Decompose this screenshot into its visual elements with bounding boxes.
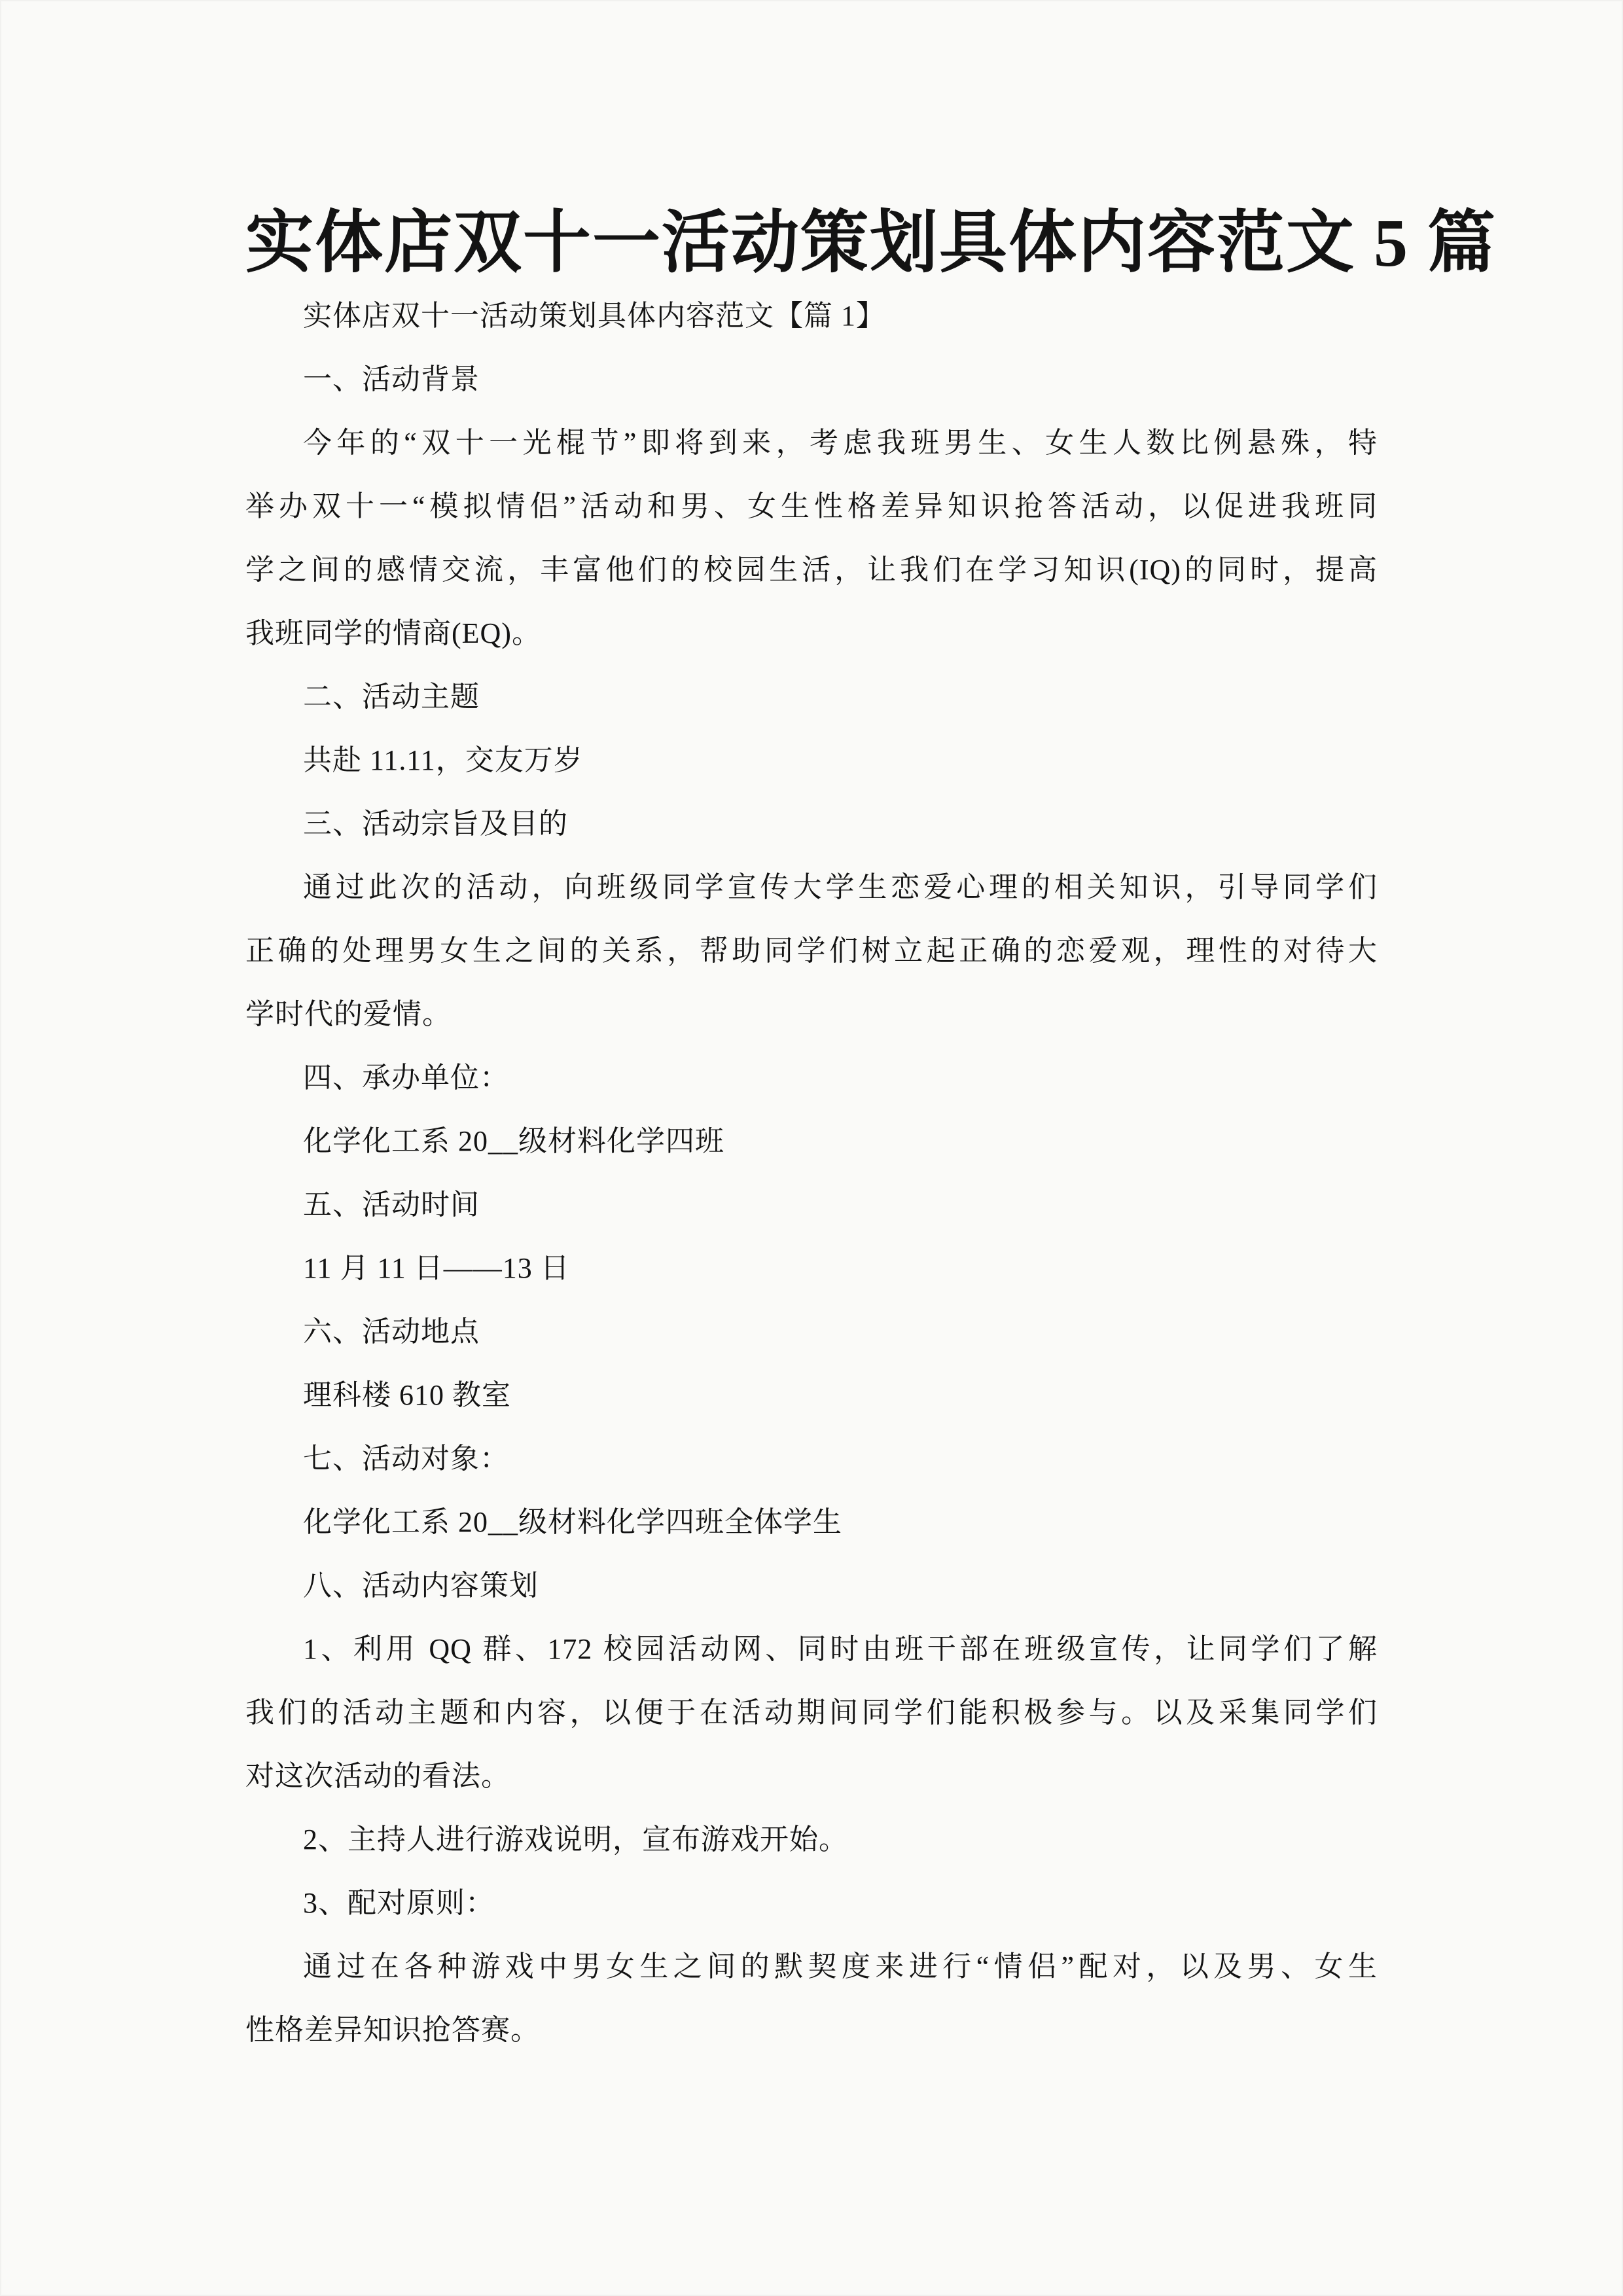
text-line: 11 月 11 日——13 日 <box>245 1236 1378 1300</box>
text-line: 理科楼 610 教室 <box>245 1363 1378 1427</box>
text-line: 化学化工系 20__级材料化学四班 <box>245 1109 1378 1173</box>
text-line: 六、活动地点 <box>245 1300 1378 1363</box>
text-line: 今年的“双十一光棍节”即将到来，考虑我班男生、女生人数比例悬殊，特 <box>245 411 1378 475</box>
text-line: 二、活动主题 <box>245 665 1378 728</box>
text-line: 实体店双十一活动策划具体内容范文【篇 1】 <box>245 284 1378 348</box>
document-page: 实体店双十一活动策划具体内容范文 5 篇 实体店双十一活动策划具体内容范文【篇 … <box>0 0 1623 2296</box>
text-line: 四、承办单位： <box>245 1046 1378 1109</box>
text-line: 学之间的感情交流，丰富他们的校园生活，让我们在学习知识(IQ)的同时，提高 <box>245 538 1378 601</box>
text-line: 性格差异知识抢答赛。 <box>245 1998 1378 2062</box>
text-line: 3、配对原则： <box>245 1871 1378 1935</box>
text-line: 一、活动背景 <box>245 348 1378 411</box>
text-line: 我班同学的情商(EQ)。 <box>245 601 1378 665</box>
text-line: 化学化工系 20__级材料化学四班全体学生 <box>245 1490 1378 1554</box>
text-line: 通过在各种游戏中男女生之间的默契度来进行“情侣”配对，以及男、女生 <box>245 1935 1378 1998</box>
text-line: 我们的活动主题和内容，以便于在活动期间同学们能积极参与。以及采集同学们 <box>245 1681 1378 1744</box>
text-line: 1、利用 QQ 群、172 校园活动网、同时由班干部在班级宣传，让同学们了解 <box>245 1617 1378 1681</box>
text-line: 共赴 11.11，交友万岁 <box>245 728 1378 792</box>
document-body: 实体店双十一活动策划具体内容范文【篇 1】一、活动背景今年的“双十一光棍节”即将… <box>245 284 1378 2062</box>
text-line: 通过此次的活动，向班级同学宣传大学生恋爱心理的相关知识，引导同学们 <box>245 855 1378 919</box>
text-line: 八、活动内容策划 <box>245 1554 1378 1617</box>
text-line: 五、活动时间 <box>245 1173 1378 1236</box>
document-title: 实体店双十一活动策划具体内容范文 5 篇 <box>245 194 1378 293</box>
text-line: 对这次活动的看法。 <box>245 1744 1378 1808</box>
text-line: 举办双十一“模拟情侣”活动和男、女生性格差异知识抢答活动，以促进我班同 <box>245 475 1378 538</box>
text-line: 正确的处理男女生之间的关系，帮助同学们树立起正确的恋爱观，理性的对待大 <box>245 919 1378 982</box>
text-line: 2、主持人进行游戏说明，宣布游戏开始。 <box>245 1808 1378 1871</box>
text-line: 三、活动宗旨及目的 <box>245 792 1378 855</box>
text-line: 七、活动对象： <box>245 1427 1378 1490</box>
text-line: 学时代的爱情。 <box>245 982 1378 1046</box>
